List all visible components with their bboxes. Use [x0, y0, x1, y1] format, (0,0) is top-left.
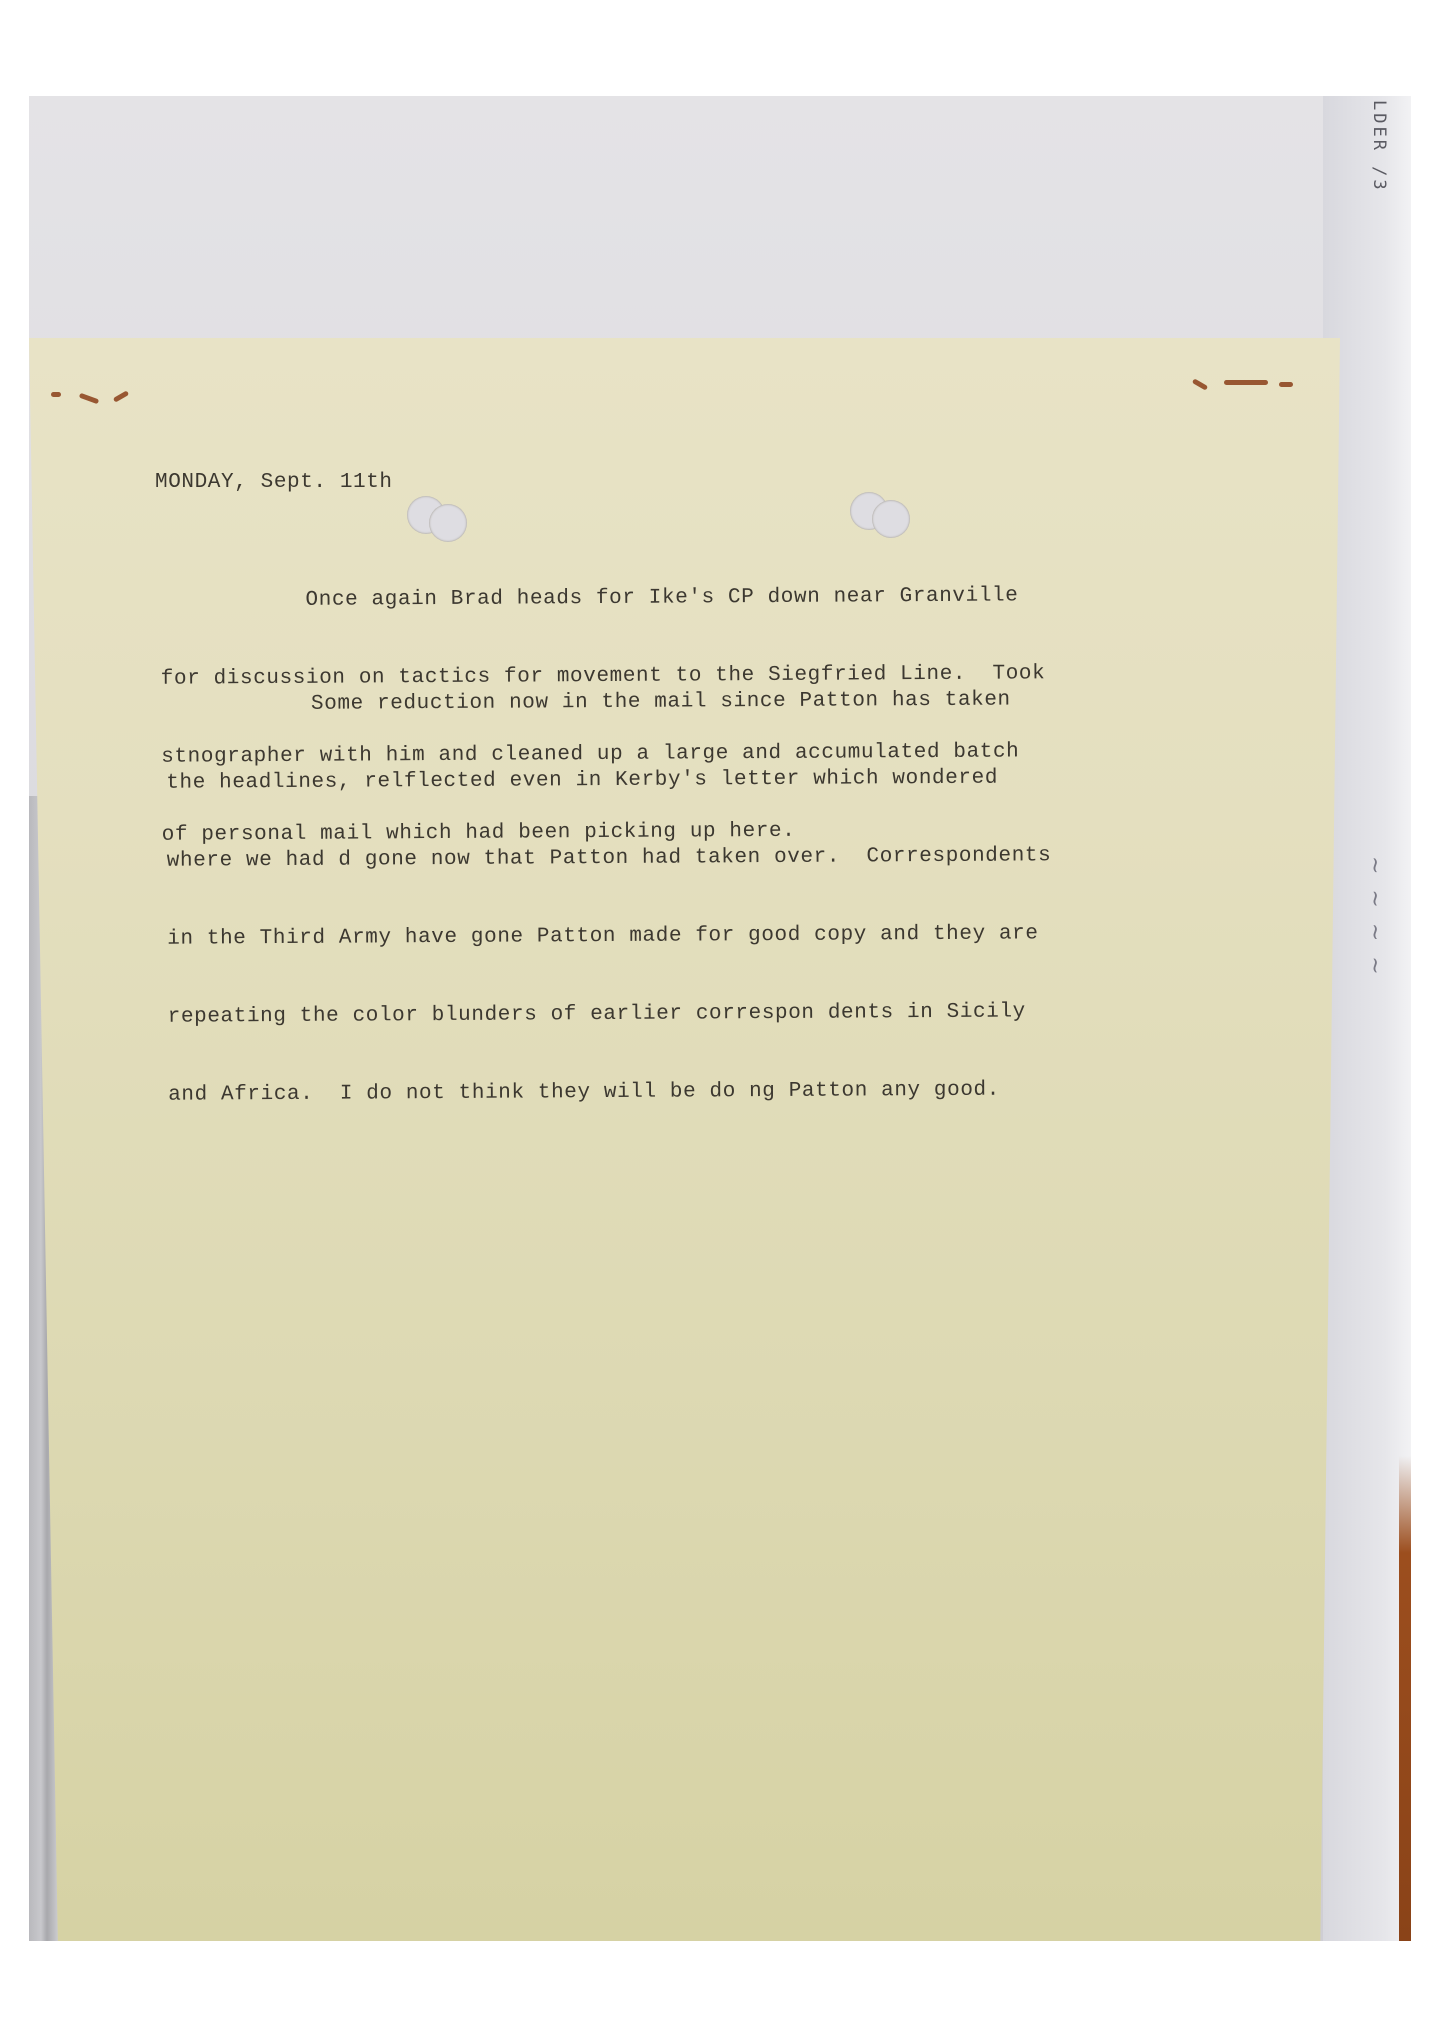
rust-stain [1279, 382, 1293, 387]
rust-stain [79, 393, 100, 405]
text-line: in the Third Army have gone Patton made … [167, 921, 1052, 952]
text-line: where we had d gone now that Patton had … [167, 843, 1052, 874]
document-photo: LDER /3 ~ ~ ~ ~ MONDAY, Sept. 11th Once … [29, 96, 1411, 1941]
rust-stain [1192, 378, 1208, 390]
text-line: and Africa. I do not think they will be … [168, 1077, 1053, 1108]
folder-label: LDER /3 [1369, 100, 1389, 193]
paragraph-2: Some reduction now in the mail since Pat… [165, 635, 1053, 1160]
text-line: Once again Brad heads for Ike's CP down … [160, 583, 1045, 614]
rust-stain [51, 392, 61, 397]
text-line: Some reduction now in the mail since Pat… [166, 687, 1051, 718]
handwritten-annotation: ~ ~ ~ ~ [1362, 856, 1387, 979]
rust-stain [113, 390, 129, 402]
folder-binding-edge [1399, 1456, 1411, 1941]
rust-stain [1224, 380, 1268, 385]
text-line: repeating the color blunders of earlier … [168, 999, 1053, 1030]
entry-date-heading: MONDAY, Sept. 11th [155, 470, 393, 496]
text-line: the headlines, relflected even in Kerby'… [166, 765, 1051, 796]
typed-page: MONDAY, Sept. 11th Once again Brad heads… [29, 338, 1340, 1941]
